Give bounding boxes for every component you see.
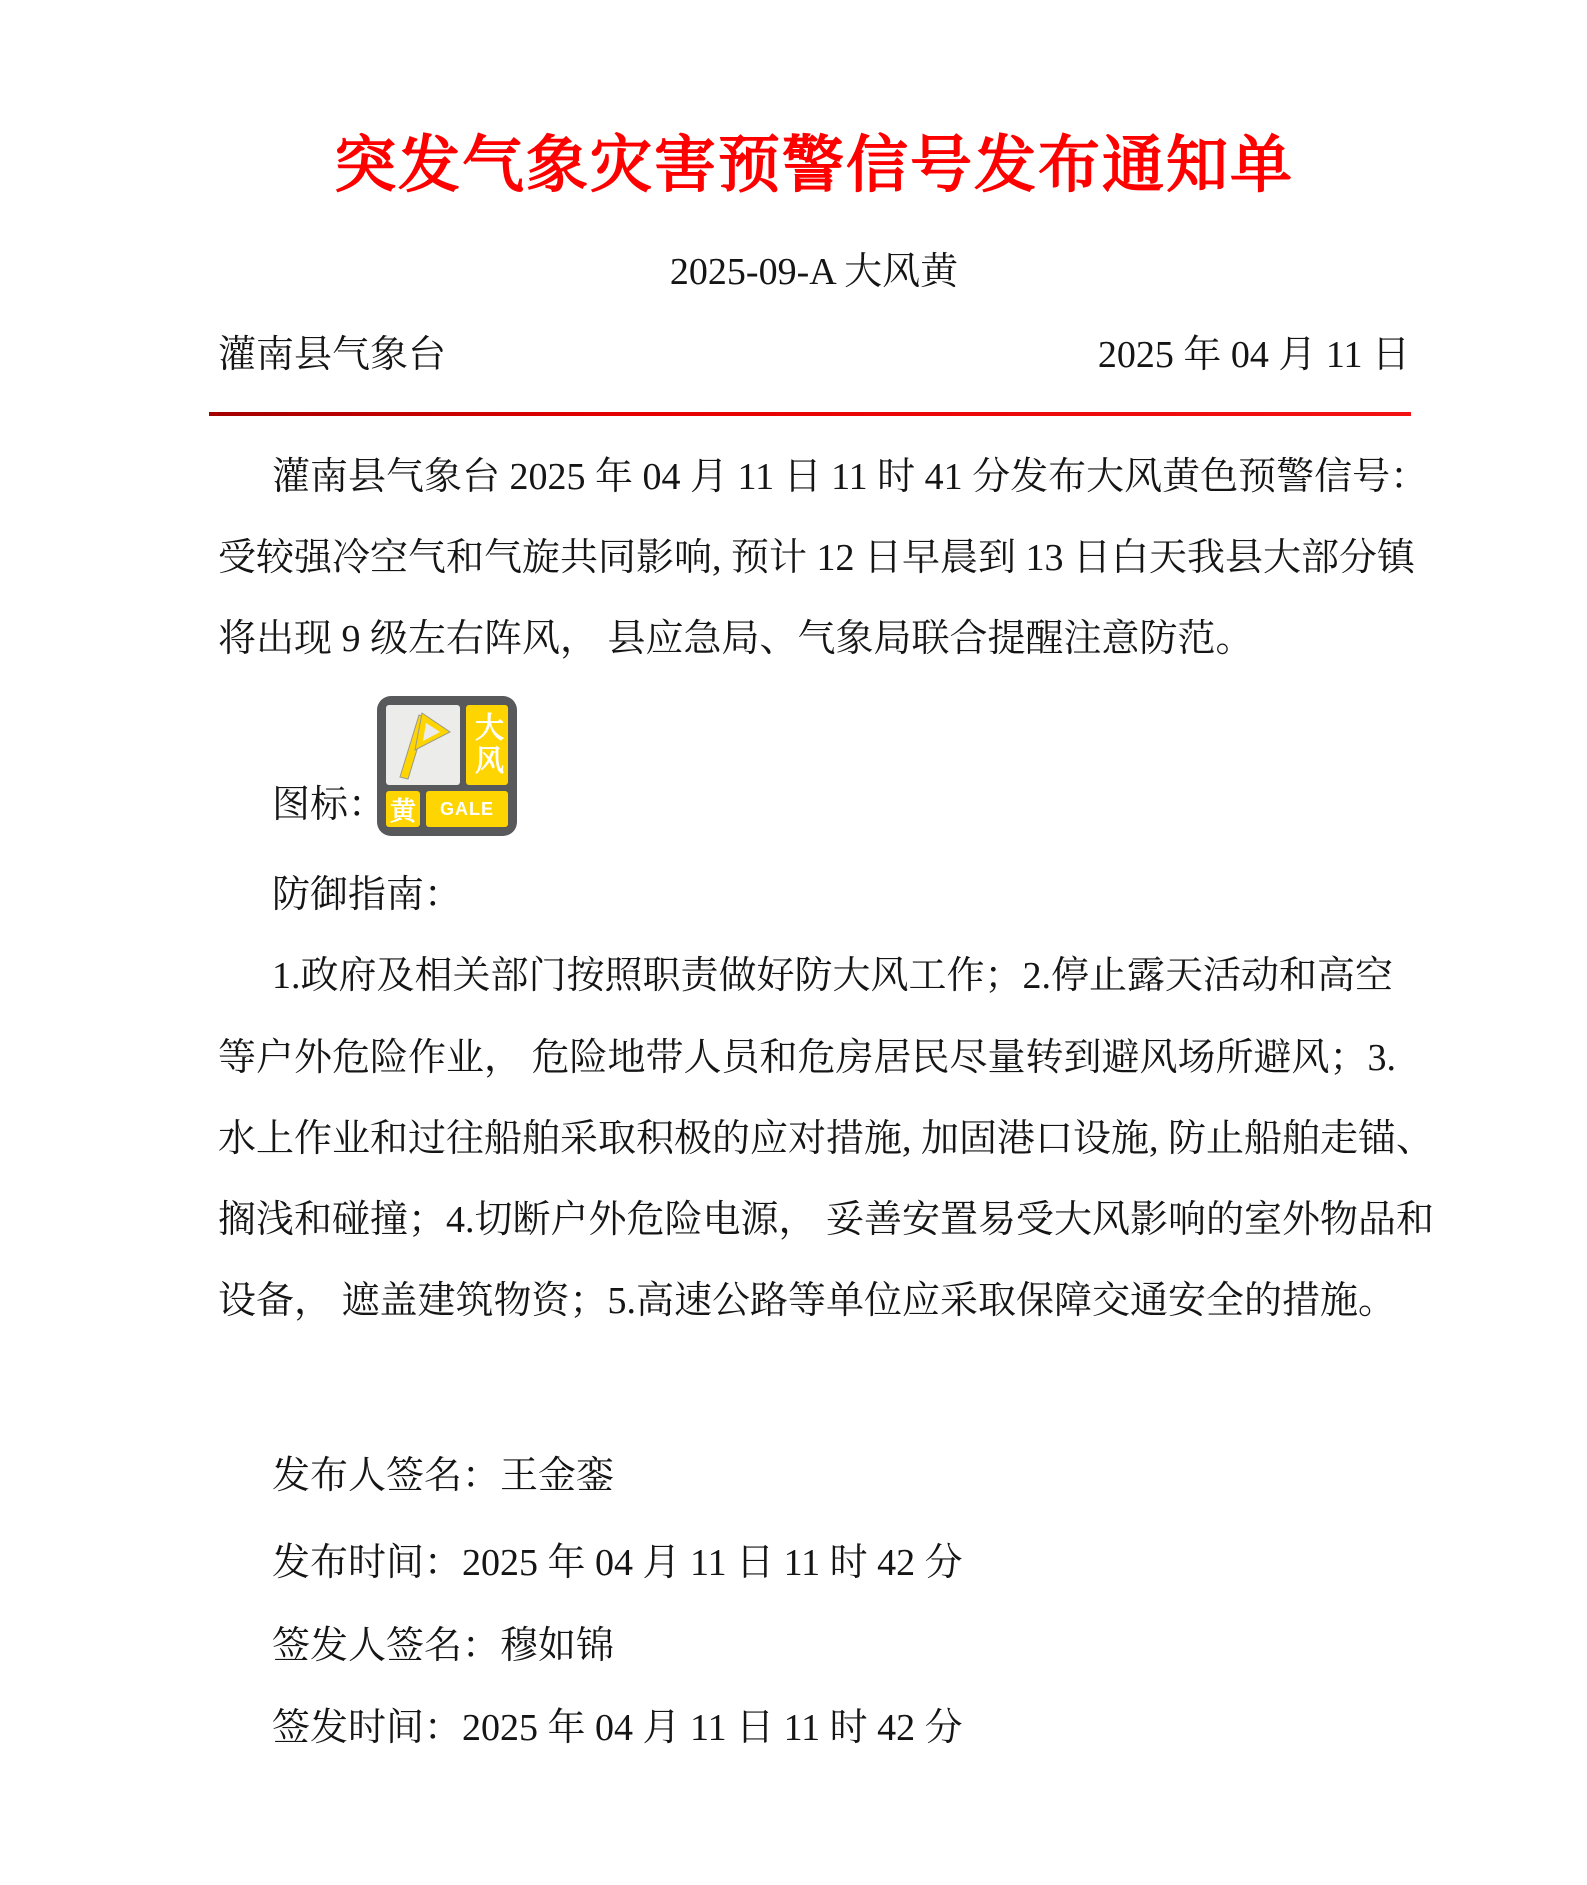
wind-flag-panel: [386, 705, 460, 785]
guide-line: 1.政府及相关部门按照职责做好防大风工作；2.停止露天活动和高空: [218, 952, 1410, 1000]
alert-text-line: 受较强冷空气和气旋共同影响, 预计 12 日早晨到 13 日白天我县大部分镇: [218, 534, 1410, 582]
doc-number: 2025-09-A 大风黄: [218, 246, 1410, 298]
guide-heading: 防御指南：: [218, 871, 1410, 919]
issue-date: 2025 年 04 月 11 日: [1098, 330, 1410, 380]
publish-time: 发布时间：2025 年 04 月 11 日 11 时 42 分: [218, 1539, 1410, 1587]
signal-name-cell: 大风: [466, 705, 508, 785]
issuing-station: 灌南县气象台: [218, 330, 446, 380]
red-divider: [209, 412, 1411, 416]
document-page: 突发气象灾害预警信号发布通知单 2025-09-A 大风黄 灌南县气象台 202…: [218, 0, 1410, 1885]
guide-line: 设备， 遮盖建筑物资；5.高速公路等单位应采取保障交通安全的措施。: [218, 1277, 1410, 1325]
publisher-signature: 发布人签名：王金銮: [218, 1452, 1410, 1500]
wind-flag-icon: [386, 705, 460, 785]
alert-text-line: 将出现 9 级左右阵风， 县应急局、气象局联合提醒注意防范。: [218, 615, 1410, 663]
approve-time: 签发时间：2025 年 04 月 11 日 11 时 42 分: [218, 1704, 1410, 1752]
header-row: 灌南县气象台 2025 年 04 月 11 日: [218, 330, 1410, 380]
warning-notice-document: { "document": { "title": "突发气象灾害预警信号发布通知…: [0, 0, 1587, 1885]
guide-line: 等户外危险作业， 危险地带人员和危房居民尽量转到避风场所避风；3.: [218, 1034, 1410, 1082]
alert-text-line: 灌南县气象台 2025 年 04 月 11 日 11 时 41 分发布大风黄色预…: [218, 453, 1410, 501]
signal-name-text: 大风: [466, 712, 508, 778]
approver-signature: 签发人签名：穆如锦: [218, 1622, 1410, 1670]
guide-line: 水上作业和过往船舶采取积极的应对措施, 加固港口设施, 防止船舶走锚、: [218, 1115, 1410, 1163]
icon-label: 图标：: [218, 781, 1410, 829]
guide-line: 搁浅和碰撞；4.切断户外危险电源， 妥善安置易受大风影响的室外物品和: [218, 1196, 1410, 1244]
page-title: 突发气象灾害预警信号发布通知单: [218, 128, 1410, 204]
